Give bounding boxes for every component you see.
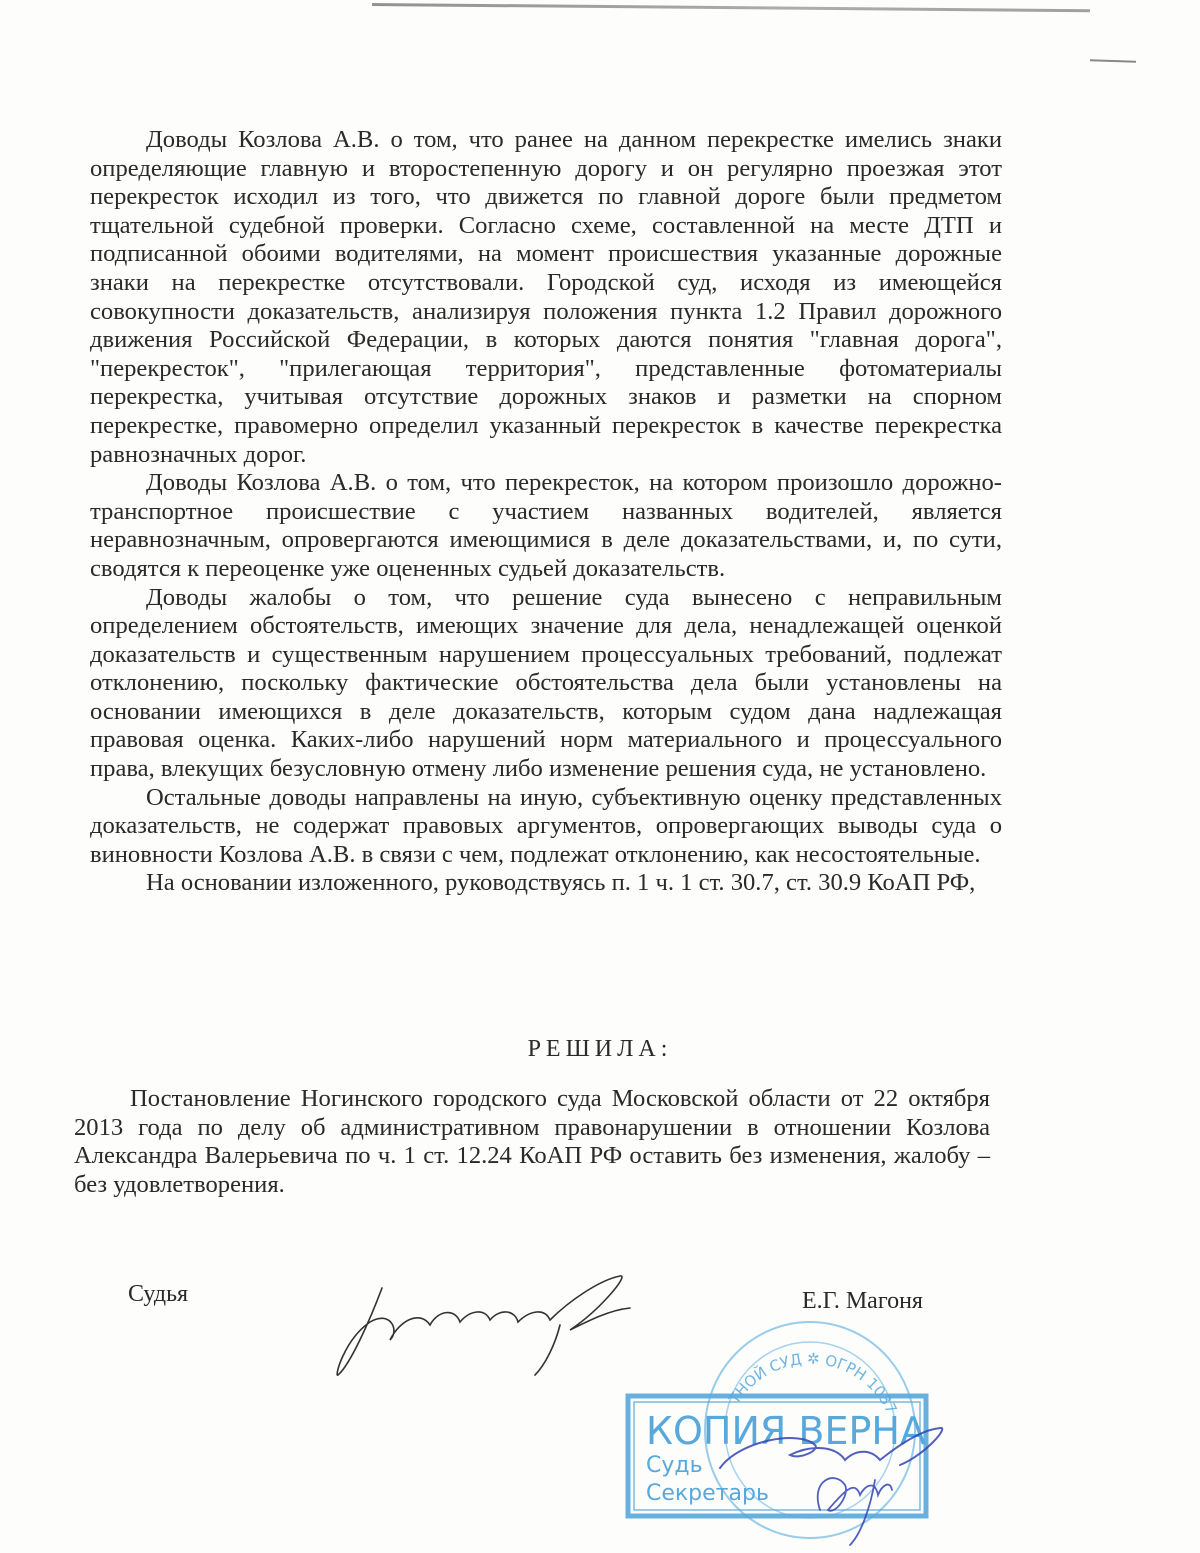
seal-round-text: ТНОЙ СУД ✲ ОГРН 1037 — [725, 1350, 901, 1417]
paragraph-5: На основании изложенного, руководствуясь… — [90, 869, 1002, 898]
document-body: Доводы Козлова А.В. о том, что ранее на … — [90, 126, 1002, 898]
scan-edge-line — [372, 3, 1090, 12]
certified-copy-stamp: ТНОЙ СУД ✲ ОГРН 1037 КОПИЯ ВЕРНА Судь Се… — [620, 1320, 960, 1553]
stamp-line-judge: Судь — [646, 1453, 703, 1478]
stamp-title: КОПИЯ ВЕРНА — [646, 1409, 926, 1453]
stamp-line-secretary: Секретарь — [646, 1481, 769, 1506]
paragraph-1: Доводы Козлова А.В. о том, что ранее на … — [90, 126, 1002, 469]
resolution-block: Постановление Ногинского городского суда… — [74, 1085, 990, 1199]
resolution-text: Постановление Ногинского городского суда… — [74, 1085, 990, 1199]
paragraph-3: Доводы жалобы о том, что решение суда вы… — [90, 584, 1002, 784]
paragraph-4: Остальные доводы направлены на иную, суб… — [90, 784, 1002, 870]
paragraph-2: Доводы Козлова А.В. о том, что перекрест… — [90, 469, 1002, 583]
decision-heading: РЕШИЛА: — [0, 1036, 1200, 1063]
judge-label: Судья — [128, 1281, 188, 1308]
scan-mark — [1090, 59, 1136, 63]
judge-name: Е.Г. Магоня — [802, 1288, 923, 1315]
